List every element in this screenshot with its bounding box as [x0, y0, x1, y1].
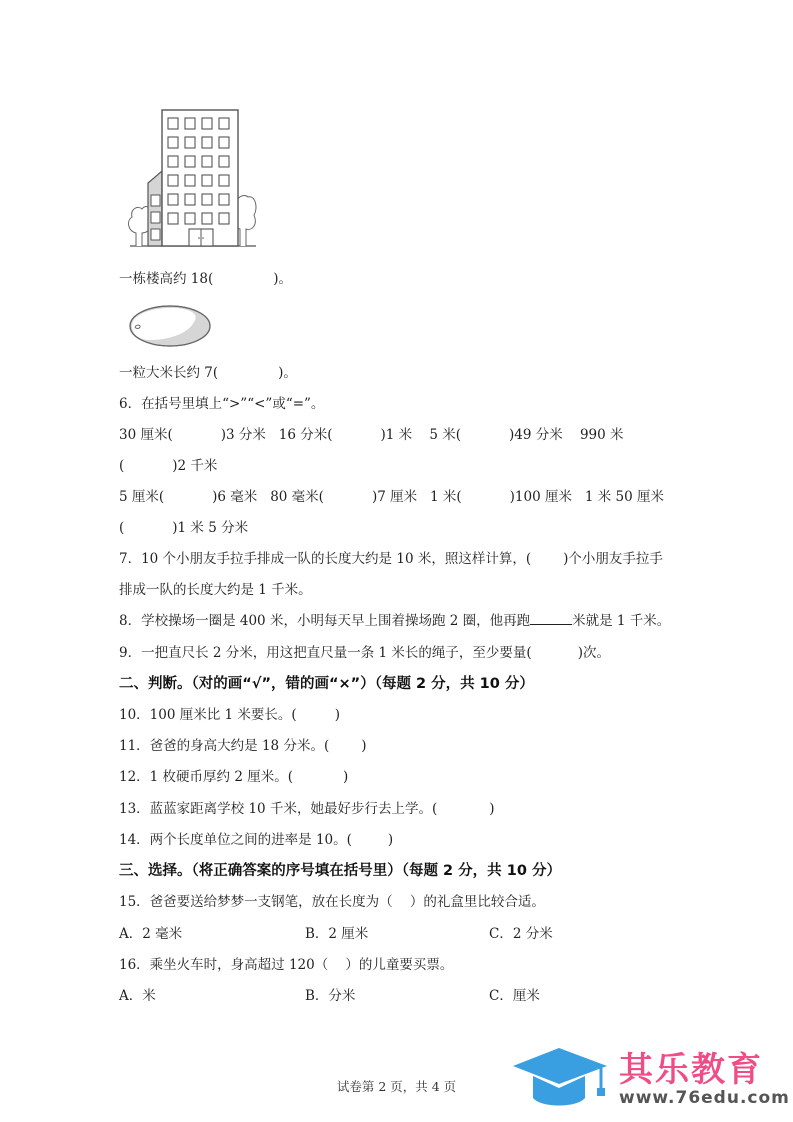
- answer-blank[interactable]: [530, 612, 572, 625]
- question-16-stem: 16．乘坐火车时，身高超过 120（ ）的儿童要买票。: [119, 956, 453, 974]
- question-10: 10．100 厘米比 1 米要长。(): [119, 706, 340, 724]
- question-6-row-1: 30 厘米()3 分米 16 分米()1 米 5 米()49 分米 990 米: [119, 426, 624, 444]
- question-6-row-2-cont: ()1 米 5 分米: [119, 519, 248, 537]
- watermark-title: 其乐教育: [619, 1042, 763, 1091]
- rice-length-question: 一粒大米长约 7()。: [119, 364, 297, 382]
- question-6-title: 6．在括号里填上“>”“<”或“=”。: [119, 395, 324, 413]
- question-11: 11．爸爸的身高大约是 18 分米。(): [119, 737, 367, 755]
- watermark-url: www.76edu.com: [619, 1088, 790, 1108]
- question-16-option-b[interactable]: B．分米: [305, 987, 355, 1005]
- question-15-option-c[interactable]: C．2 分米: [489, 925, 553, 943]
- building-height-question: 一栋楼高约 18()。: [119, 270, 292, 288]
- building-icon: [128, 105, 258, 250]
- question-6-row-1-cont: ()2 千米: [119, 457, 217, 475]
- rice-grain-icon: [128, 304, 212, 348]
- question-15-option-a[interactable]: A．2 毫米: [119, 925, 182, 943]
- question-6-row-2: 5 厘米()6 毫米 80 毫米()7 厘米 1 米()100 厘米 1 米 5…: [119, 488, 664, 506]
- section-2-heading: 二、判断。（对的画“√”，错的画“×”）（每题 2 分，共 10 分）: [119, 674, 534, 694]
- question-12: 12．1 枚硬币厚约 2 厘米。(): [119, 768, 348, 786]
- question-13: 13．蓝蓝家距离学校 10 千米，她最好步行去上学。(): [119, 800, 495, 818]
- question-7-line-1: 7．10 个小朋友手拉手排成一队的长度大约是 10 米，照这样计算，()个小朋友…: [119, 550, 663, 568]
- question-15-stem: 15．爸爸要送给梦梦一支钢笔，放在长度为（ ）的礼盒里比较合适。: [119, 893, 545, 911]
- question-8: 8．学校操场一圈是 400 米，小明每天早上围着操场跑 2 圈，他再跑米就是 1…: [119, 612, 670, 630]
- question-14: 14．两个长度单位之间的进率是 10。(): [119, 831, 393, 849]
- question-15-option-b[interactable]: B．2 厘米: [305, 925, 368, 943]
- question-16-option-c[interactable]: C．厘米: [489, 987, 540, 1005]
- watermark-logo: 其乐教育 www.76edu.com: [505, 1040, 790, 1115]
- graduation-cap-icon: [511, 1044, 611, 1110]
- question-7-line-2: 排成一队的长度大约是 1 千米。: [119, 581, 312, 599]
- question-16-option-a[interactable]: A．米: [119, 987, 156, 1005]
- section-3-heading: 三、选择。（将正确答案的序号填在括号里）（每题 2 分，共 10 分）: [119, 861, 561, 881]
- question-9: 9．一把直尺长 2 分米，用这把直尺量一条 1 米长的绳子，至少要量()次。: [119, 644, 610, 662]
- exam-page: 一栋楼高约 18()。 一粒大米长约 7()。 6．在括号里填上“>”“<”或“…: [0, 0, 793, 1122]
